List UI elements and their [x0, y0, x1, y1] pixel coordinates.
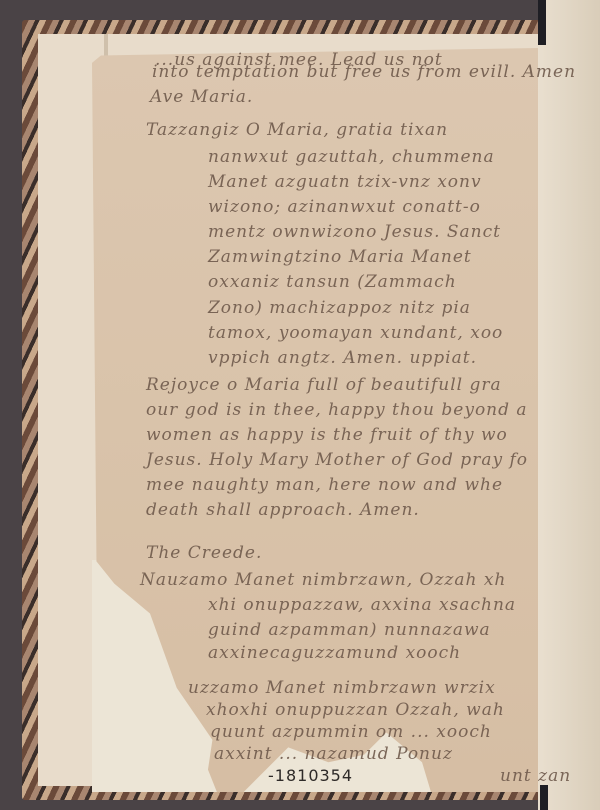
manuscript-line: nanwxut gazuttah, chummena	[208, 147, 495, 167]
manuscript-line: Tazzangiz O Maria, gratia tixan	[146, 120, 448, 140]
catalog-number: -1810354	[268, 766, 353, 785]
manuscript-line: quunt azpummin om ... xooch	[210, 722, 492, 742]
manuscript-line: The Creede.	[146, 543, 262, 563]
manuscript-line: into temptation but free us from evill. …	[152, 62, 576, 82]
manuscript-line: xhi onuppazzaw, axxina xsachna	[208, 595, 516, 615]
manuscript-line: xhoxhi onuppuzzan Ozzah, wah	[206, 700, 505, 720]
manuscript-line: unt zan	[500, 766, 571, 786]
manuscript-line: death shall approach. Amen.	[146, 500, 420, 520]
manuscript-line: mee naughty man, here now and whe	[146, 475, 503, 495]
manuscript-line: uzzamo Manet nimbrzawn wrzix	[188, 678, 496, 698]
manuscript-line: women as happy is the fruit of thy wo	[146, 425, 508, 445]
manuscript-line: wizono; azinanwxut conatt-o	[208, 197, 481, 217]
manuscript-line: mentz ownwizono Jesus. Sanct	[208, 222, 501, 242]
manuscript-line: Nauzamo Manet nimbrzawn, Ozzah xh	[140, 570, 506, 590]
manuscript-line: axxinecaguzzamund xooch	[208, 643, 461, 663]
manuscript-line: Jesus. Holy Mary Mother of God pray fo	[146, 450, 528, 470]
manuscript-line: oxxaniz tansun (Zammach	[208, 272, 457, 292]
next-page-edge	[538, 0, 600, 810]
manuscript-line: axxint ... nazamud Ponuz	[214, 744, 453, 764]
binding-shadow-bottom	[540, 785, 548, 810]
manuscript-line: Rejoyce o Maria full of beautifull gra	[146, 375, 502, 395]
manuscript-line: guind azpamman) nunnazawa	[208, 620, 491, 640]
binding-shadow-top	[538, 0, 546, 45]
manuscript-line: Ave Maria.	[150, 87, 253, 107]
manuscript-line: Manet azguatn tzix-vnz xonv	[208, 172, 482, 192]
manuscript-line: vppich angtz. Amen. uppiat.	[208, 348, 477, 368]
manuscript-line: our god is in thee, happy thou beyond a	[146, 400, 528, 420]
manuscript-line: Zono) machizappoz nitz pia	[208, 298, 471, 318]
manuscript-line: Zamwingtzino Maria Manet	[208, 247, 472, 267]
manuscript-line: tamox, yoomayan xundant, xoo	[208, 323, 503, 343]
